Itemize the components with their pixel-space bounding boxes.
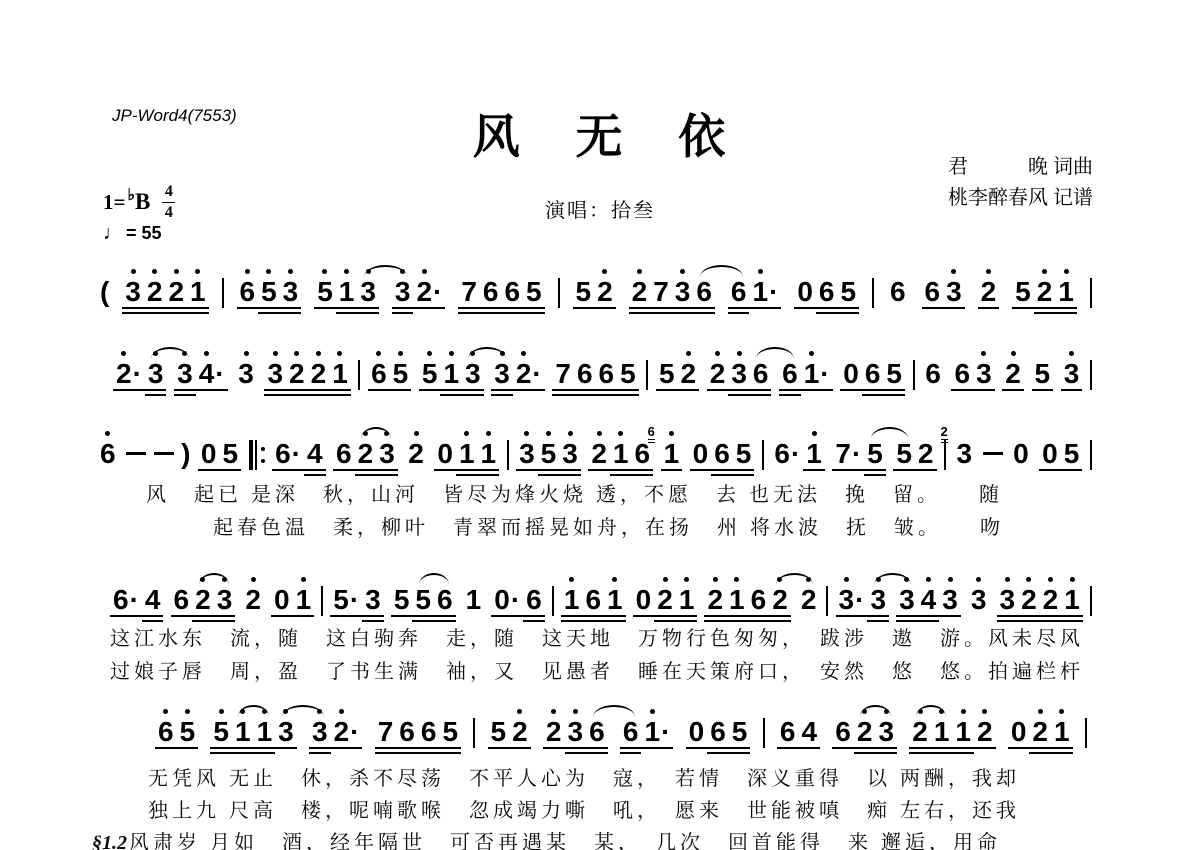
jianpu-note: 2 (405, 439, 427, 469)
jianpu-note: 5 (314, 277, 336, 307)
lyrics-line3-verse2: 起春色温 柔，柳叶 青翠而摇晃如舟，在扬 州 将水波 抚 皱。 吻 (213, 511, 1004, 540)
jianpu-note: 2 (678, 359, 700, 389)
fraction-line (162, 202, 175, 204)
jianpu-note: 6 (707, 717, 729, 747)
tie-arc (238, 705, 268, 717)
tie-arc (874, 573, 911, 585)
beam-group: 2162 (704, 585, 790, 615)
barline (1090, 440, 1092, 470)
jianpu-note: 5 (656, 359, 678, 389)
jianpu-note: 1 (440, 359, 462, 389)
augmentation-dot: · (350, 717, 359, 747)
jianpu-note: 3 (939, 585, 961, 615)
key-letter: B (135, 189, 150, 215)
jianpu-note: 6· (771, 439, 803, 469)
jianpu-note: 5 (573, 277, 595, 307)
beam-group: 161 (561, 585, 626, 615)
jianpu-note: 5 (412, 585, 434, 615)
jianpu-note: 2 (242, 585, 264, 615)
jianpu-note: 6 (418, 717, 440, 747)
jianpu-note: 0 (271, 585, 293, 615)
augmentation-dot: · (133, 359, 142, 389)
jianpu-note: 6 (631, 439, 653, 469)
jianpu-note: 3 (1061, 359, 1083, 389)
jianpu-note: 6 (779, 359, 801, 389)
barline (826, 586, 828, 616)
jianpu-note: 0 (434, 439, 456, 469)
jianpu-note: 7 (650, 277, 672, 307)
jianpu-note: 6 (480, 277, 502, 307)
quarter-note-icon: ♩ (103, 222, 123, 244)
jianpu-note: 5 (219, 439, 241, 469)
beam-group: 021 (1008, 717, 1073, 747)
jianpu-note: 5 (1061, 439, 1083, 469)
jianpu-note: 3 (235, 359, 257, 389)
beam-group: 7665 (375, 717, 461, 747)
jianpu-note: 16 (661, 439, 683, 469)
beam-group: 6·4 (110, 585, 163, 615)
duration-dash (983, 452, 1003, 455)
jianpu-note: 6 (97, 439, 119, 469)
repeat-start-barline (249, 440, 265, 470)
jianpu-note: 0 (198, 439, 220, 469)
jianpu-note: 3 (122, 277, 144, 307)
tie-arc (419, 573, 449, 585)
beam-group: 513 (314, 277, 379, 307)
beam-group: 65 (368, 359, 411, 389)
credits: 君 晚 词曲 桃李醉春风 记谱 (948, 152, 1093, 214)
jianpu-note: 7 (375, 717, 397, 747)
jianpu-note: 5 (864, 439, 886, 469)
jianpu-note: 6 (711, 439, 733, 469)
jianpu-note: 1 (187, 277, 209, 307)
jianpu-note: 5 (838, 277, 860, 307)
jianpu-note: 3 (997, 585, 1019, 615)
beam-group: 065 (794, 277, 859, 307)
jianpu-note: 0· (491, 585, 523, 615)
beam-group: 32· (309, 717, 362, 747)
time-signature: 4 4 (162, 184, 175, 221)
beam-group: 7·5 (832, 439, 885, 469)
barline (1090, 586, 1092, 616)
barline (558, 278, 560, 308)
jianpu-note: 6 (574, 359, 596, 389)
augmentation-dot: · (532, 359, 541, 389)
jianpu-note: 6 (922, 359, 944, 389)
jianpu-note: 1· (801, 359, 833, 389)
augmentation-dot: · (433, 277, 442, 307)
beam-group: 236 (543, 717, 608, 747)
augmentation-dot: · (215, 359, 224, 389)
jianpu-note: 2 (707, 359, 729, 389)
beam-group: 05 (1039, 439, 1082, 469)
augmentation-dot: · (820, 359, 829, 389)
jianpu-note: 6 (171, 585, 193, 615)
tie-arc (776, 573, 813, 585)
beam-group: 065 (840, 359, 905, 389)
jianpu-note: 6 (887, 277, 909, 307)
jianpu-note: 2 (629, 277, 651, 307)
jianpu-note: 1 (803, 439, 825, 469)
jianpu-note: 6 (728, 277, 750, 307)
beam-group: 021 (633, 585, 698, 615)
jianpu-note: 1 (336, 277, 358, 307)
jianpu-note: 3 (896, 585, 918, 615)
meter-top: 4 (165, 184, 173, 200)
jianpu-note: 2 (974, 717, 996, 747)
music-line-2: 2·334·332216551332·76655223661·065663253 (113, 346, 1092, 409)
jianpu-note: 4 (142, 585, 164, 615)
jianpu-note: 3 (559, 439, 581, 469)
jianpu-note: 2 (308, 359, 330, 389)
jianpu-note: 3 (275, 717, 297, 747)
beam-group: 343 (896, 585, 961, 615)
jianpu-note: 3 (280, 277, 302, 307)
tie-arc (199, 573, 229, 585)
jianpu-note: 2 (1002, 359, 1024, 389)
jianpu-note: 6 (333, 439, 355, 469)
jianpu-note: 2 (509, 717, 531, 747)
jianpu-note: 2 (1029, 717, 1051, 747)
jianpu-note: 3 (973, 359, 995, 389)
key-prefix: 1= (103, 190, 125, 215)
jianpu-note: 5 (488, 717, 510, 747)
jianpu-note: 3 (174, 359, 196, 389)
augmentation-dot: · (292, 439, 301, 469)
jianpu-note: 0 (1008, 717, 1030, 747)
barline (222, 278, 224, 308)
beam-group: 216 (588, 439, 653, 469)
barline (762, 440, 764, 470)
beam-group: 05 (198, 439, 241, 469)
tie-arc (700, 265, 743, 277)
jianpu-note: 0 (1039, 439, 1061, 469)
jianpu-note: 3 (357, 277, 379, 307)
jianpu-note: 6 (922, 277, 944, 307)
lyrics-line5-verse3: §1.2风肃岁 月如 酒，经年隔世 可否再遇某 某， 几次 回首能得 来 邂逅，… (92, 826, 1001, 850)
beam-group: 65 (155, 717, 198, 747)
jianpu-note: 6 (155, 717, 177, 747)
beam-group: 61· (779, 359, 832, 389)
beam-group: 32· (491, 359, 544, 389)
jianpu-note: 5· (330, 585, 362, 615)
jianpu-note: 2· (513, 359, 545, 389)
jianpu-note: 2 (978, 277, 1000, 307)
jianpu-note: 1 (1061, 585, 1083, 615)
jianpu-note: 2 (192, 585, 214, 615)
barline (507, 440, 509, 470)
jianpu-note: 1 (478, 439, 500, 469)
beam-group: 61· (728, 277, 781, 307)
jianpu-note: 3 (867, 585, 889, 615)
beam-group: 6·1 (771, 439, 824, 469)
beam-group: 52 (488, 717, 531, 747)
jianpu-note: 5 (733, 439, 755, 469)
jianpu-note: 5 (538, 439, 560, 469)
jianpu-note: 1 (1055, 277, 1077, 307)
jianpu-note: 6 (523, 585, 545, 615)
barline (473, 718, 475, 748)
jianpu-note: 3 (145, 359, 167, 389)
tie-arc (871, 427, 909, 439)
jianpu-note: 2 (909, 717, 931, 747)
jianpu-note: 3 (214, 585, 236, 615)
jianpu-note: 7· (832, 439, 864, 469)
jianpu-note: 5 (390, 359, 412, 389)
jianpu-note: 6 (693, 277, 715, 307)
jianpu-note: 6 (596, 359, 618, 389)
jianpu-note: 5 (177, 717, 199, 747)
lyrics-line5-verse3-text: 风肃岁 月如 酒，经年隔世 可否再遇某 某， 几次 回首能得 来 邂逅，用命 (129, 832, 1001, 850)
jianpu-note: 1 (952, 717, 974, 747)
tempo-value: = 55 (126, 223, 162, 243)
beam-group: 2736 (629, 277, 715, 307)
beam-group: 01 (271, 585, 314, 615)
jianpu-note: 2 (915, 439, 937, 469)
jianpu-note: 6 (816, 277, 838, 307)
jianpu-note: 4 (798, 717, 820, 747)
jianpu-note: 1 (726, 585, 748, 615)
verse-marker: §1.2 (92, 832, 127, 850)
beam-group: 011 (434, 439, 499, 469)
jianpu-note: 6 (396, 717, 418, 747)
jianpu-note: 7 (552, 359, 574, 389)
beam-group: 7665 (458, 277, 544, 307)
lyrics-line3-verse1: 风 起已 是深 秋，山河 皆尽为烽火烧 透，不愿 去 也无法 挽 留。 随 (146, 478, 1003, 507)
duration-dash (154, 452, 174, 455)
jianpu-note: 2 (594, 277, 616, 307)
tie-arc (364, 265, 407, 277)
jianpu-note: 1 (931, 717, 953, 747)
beam-group: 2112 (909, 717, 995, 747)
jianpu-note: 3 (309, 717, 331, 747)
jianpu-note: 6 (862, 359, 884, 389)
jianpu-note: 3 (516, 439, 538, 469)
barline (763, 718, 765, 748)
jianpu-note: 4· (196, 359, 228, 389)
barline (913, 360, 915, 390)
jianpu-note: 2 (286, 359, 308, 389)
jianpu-note: 5 (439, 717, 461, 747)
augmentation-dot: · (791, 439, 800, 469)
tie-arc (282, 705, 324, 717)
jianpu-note: 3 (875, 717, 897, 747)
augmentation-dot: · (511, 585, 520, 615)
augmentation-dot: · (852, 439, 861, 469)
music-line-1: (322165351332·766552273661·0656632521 (100, 264, 1092, 327)
jianpu-note: 5 (729, 717, 751, 747)
transcriber-credit: 桃李醉春风 记谱 (948, 183, 1093, 214)
jianpu-note: 3 (392, 277, 414, 307)
jianpu-note: 3 (491, 359, 513, 389)
augmentation-dot: · (769, 277, 778, 307)
jianpu-note: 2 (144, 277, 166, 307)
grace-note: 2 (941, 425, 948, 443)
barline (872, 278, 874, 308)
jianpu-note: 1 (329, 359, 351, 389)
beam-group: 63 (951, 359, 994, 389)
jianpu-note: 1 (676, 585, 698, 615)
beam-group: 623 (171, 585, 236, 615)
beam-group: 623 (832, 717, 897, 747)
jianpu-note: 5 (210, 717, 232, 747)
jianpu-note: 6 (237, 277, 259, 307)
jianpu-note: 5 (391, 585, 413, 615)
beam-group: 61· (620, 717, 673, 747)
barline (1090, 278, 1092, 308)
music-line-5: 65511332·76655223661·065646232112021 (155, 704, 1087, 767)
barline (1090, 360, 1092, 390)
jianpu-note: 0 (794, 277, 816, 307)
lyrics-line4-verse2: 过娘子唇 周，盈 了书生满 袖，又 见愚者 睡在天策府口， 安然 悠 悠。拍遍栏… (110, 655, 1084, 684)
jianpu-note: 1 (463, 585, 485, 615)
jianpu-note: 2 (704, 585, 726, 615)
jianpu-note: 2· (113, 359, 145, 389)
barline (358, 360, 360, 390)
jianpu-note: 2 (543, 717, 565, 747)
jianpu-note: 3 (565, 717, 587, 747)
jianpu-note: 32 (954, 439, 976, 469)
tie-arc (468, 347, 506, 359)
jianpu-note: 2 (1034, 277, 1056, 307)
jianpu-note: 6 (951, 359, 973, 389)
jianpu-note: 3 (728, 359, 750, 389)
jianpu-note: 0 (686, 717, 708, 747)
jianpu-note: 6 (748, 585, 770, 615)
beam-group: 236 (707, 359, 772, 389)
jianpu-note: 1 (1051, 717, 1073, 747)
jianpu-note: 5 (523, 277, 545, 307)
beam-group: 52 (656, 359, 699, 389)
jianpu-note: 5 (617, 359, 639, 389)
jianpu-note: 7 (458, 277, 480, 307)
jianpu-note: 3 (462, 359, 484, 389)
jianpu-note: 5 (893, 439, 915, 469)
jianpu-note: 6 (620, 717, 642, 747)
jianpu-note: 3 (362, 585, 384, 615)
beam-group: 2·3 (113, 359, 166, 389)
jianpu-note: 4 (304, 439, 326, 469)
beam-group: 32· (392, 277, 445, 307)
parenthesis: ) (181, 439, 190, 469)
jianpu-note: 4 (918, 585, 940, 615)
tempo-marking: ♩= 55 (103, 222, 162, 245)
augmentation-dot: · (661, 717, 670, 747)
jianpu-note: 6 (750, 359, 772, 389)
beam-group: 556 (391, 585, 456, 615)
duration-dash (126, 452, 146, 455)
jianpu-note: 6 (582, 585, 604, 615)
beam-group: 353 (516, 439, 581, 469)
sheet-music-page: JP-Word4(7553) 风 无 依 演唱：拾叁 君 晚 词曲 桃李醉春风 … (0, 0, 1200, 850)
jianpu-note: 1· (749, 277, 781, 307)
beam-group: 3221 (122, 277, 208, 307)
jianpu-note: 2 (1040, 585, 1062, 615)
lyrics-line5-verse2: 独上九 尺高 楼，呢喃歌喉 忽成竭力嘶 吼， 愿来 世能被嗔 痴 左右，还我 (148, 794, 1020, 823)
jianpu-note: 5 (883, 359, 905, 389)
jianpu-note: 3 (264, 359, 286, 389)
meter-bottom: 4 (165, 205, 173, 221)
beam-group: 3221 (264, 359, 350, 389)
tie-arc (756, 347, 794, 359)
beam-group: 63 (922, 277, 965, 307)
barline (944, 440, 946, 470)
jianpu-note: 2 (769, 585, 791, 615)
jianpu-note: 1 (232, 717, 254, 747)
composer-credit: 君 晚 词曲 (948, 152, 1093, 183)
jianpu-note: 0 (690, 439, 712, 469)
jianpu-note: 1· (641, 717, 673, 747)
jianpu-note: 1 (456, 439, 478, 469)
barline (552, 586, 554, 616)
beam-group: 065 (686, 717, 751, 747)
jianpu-note: 1 (610, 439, 632, 469)
barline (321, 586, 323, 616)
jianpu-note: 1 (604, 585, 626, 615)
jianpu-note: 3 (943, 277, 965, 307)
beam-group: 0·6 (491, 585, 544, 615)
jianpu-note: 6 (501, 277, 523, 307)
jianpu-note: 2 (654, 585, 676, 615)
beam-group: 3·3 (836, 585, 889, 615)
jianpu-note: 6 (832, 717, 854, 747)
jianpu-note: 2 (355, 439, 377, 469)
tie-arc (151, 347, 189, 359)
jianpu-note: 2· (331, 717, 363, 747)
beam-group: 065 (690, 439, 755, 469)
jianpu-note: 5 (258, 277, 280, 307)
beam-group: 5·3 (330, 585, 383, 615)
jianpu-note: 2 (854, 717, 876, 747)
key-signature: 1=♭B 4 4 (103, 184, 175, 221)
jianpu-note: 2 (165, 277, 187, 307)
jianpu-note: 3 (968, 585, 990, 615)
jianpu-note: 5 (1032, 359, 1054, 389)
tie-arc (916, 705, 946, 717)
jianpu-note: 0 (840, 359, 862, 389)
jianpu-note: 3 (672, 277, 694, 307)
jianpu-note: 1 (561, 585, 583, 615)
tie-arc (860, 705, 890, 717)
jianpu-note: 5 (1012, 277, 1034, 307)
beam-group: 5113 (210, 717, 296, 747)
jianpu-note: 6 (586, 717, 608, 747)
flat-icon: ♭ (127, 185, 135, 205)
jianpu-note: 0 (1010, 439, 1032, 469)
jianpu-note: 3 (376, 439, 398, 469)
barline (1085, 718, 1087, 748)
augmentation-dot: · (130, 585, 139, 615)
tie-arc (593, 705, 635, 717)
parenthesis: ( (100, 277, 109, 307)
lyrics-line4-verse1: 这江水东 流，随 这白驹奔 走，随 这天地 万物行色匆匆， 跋涉 遨 游。风未尽… (110, 622, 1084, 651)
beam-group: 34· (174, 359, 227, 389)
jianpu-note: 1 (254, 717, 276, 747)
jianpu-note: 6· (110, 585, 142, 615)
augmentation-dot: · (350, 585, 359, 615)
beam-group: 52 (573, 277, 616, 307)
jianpu-note: 6 (434, 585, 456, 615)
jianpu-note: 6 (368, 359, 390, 389)
beam-group: 521 (1012, 277, 1077, 307)
jianpu-note: 6· (272, 439, 304, 469)
beam-group: 7665 (552, 359, 638, 389)
jianpu-note: 0 (633, 585, 655, 615)
jianpu-note: 2 (798, 585, 820, 615)
tie-arc (361, 427, 391, 439)
jianpu-note: 5 (419, 359, 441, 389)
beam-group: 623 (333, 439, 398, 469)
